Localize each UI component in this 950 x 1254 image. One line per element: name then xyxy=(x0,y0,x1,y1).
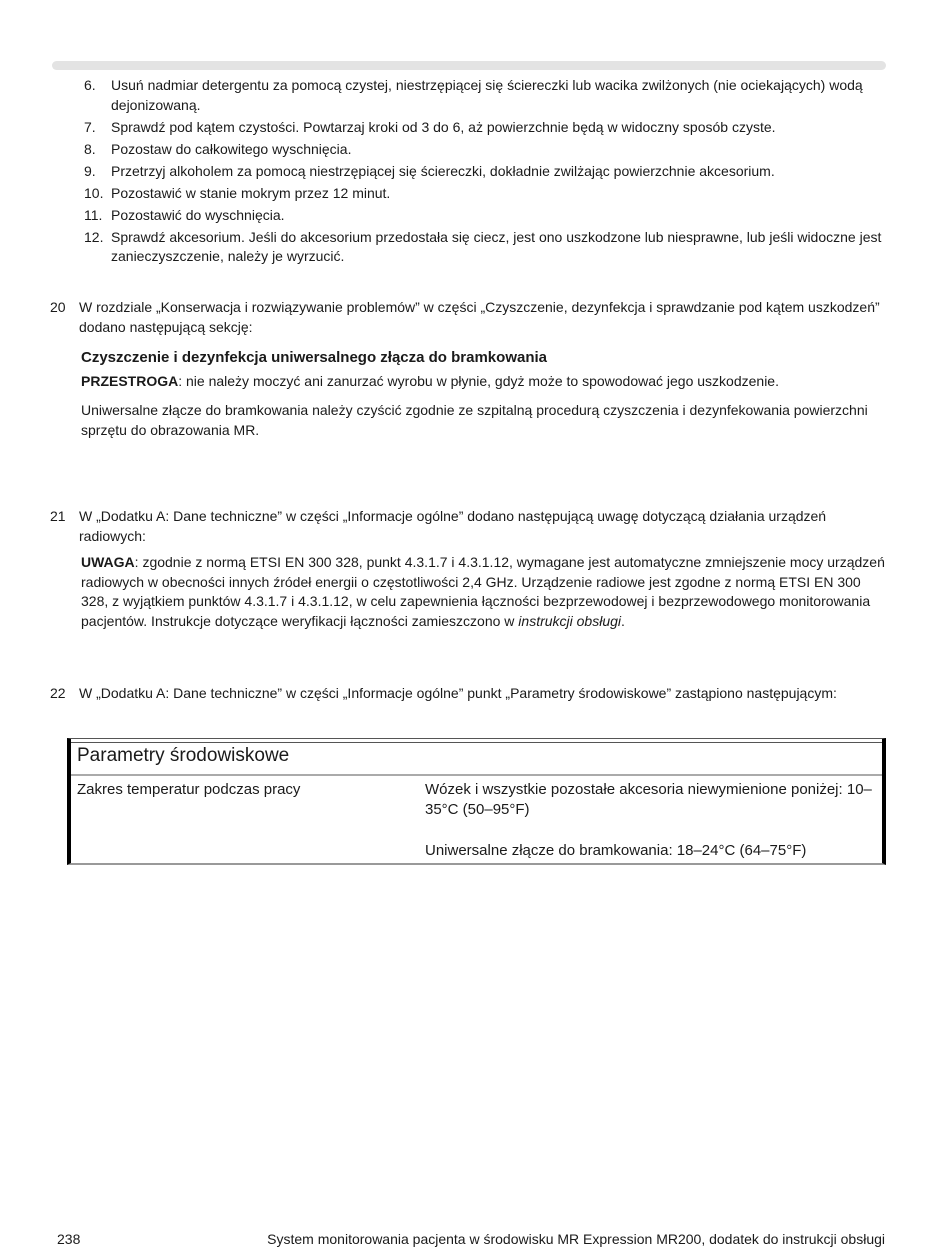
document-title: System monitorowania pacjenta w środowis… xyxy=(267,1230,885,1248)
step-number: 10. xyxy=(84,184,111,204)
section-number: 21 xyxy=(50,507,79,546)
value-line: Wózek i wszystkie pozostałe akcesoria ni… xyxy=(425,780,875,820)
list-item: 10.Pozostawić w stanie mokrym przez 12 m… xyxy=(84,184,889,204)
section-number: 20 xyxy=(50,298,79,337)
value-line: Uniwersalne złącze do bramkowania: 18–24… xyxy=(425,841,875,861)
table-divider xyxy=(71,774,882,776)
page-number: 238 xyxy=(57,1230,80,1248)
table-row-label: Zakres temperatur podczas pracy xyxy=(77,780,300,800)
step-text: Pozostaw do całkowitego wyschnięcia. xyxy=(111,140,889,160)
note-text: : zgodnie z normą ETSI EN 300 328, punkt… xyxy=(81,554,885,629)
list-item: 7.Sprawdź pod kątem czystości. Powtarzaj… xyxy=(84,118,889,138)
note-label: UWAGA xyxy=(81,554,135,570)
step-number: 6. xyxy=(84,76,111,96)
note-paragraph: UWAGA: zgodnie z normą ETSI EN 300 328, … xyxy=(81,553,890,631)
step-number: 11. xyxy=(84,206,111,226)
section-20: 20 W rozdziale „Konserwacja i rozwiązywa… xyxy=(50,298,890,450)
section-22: 22 W „Dodatku A: Dane techniczne” w częś… xyxy=(50,684,890,704)
section-intro: W „Dodatku A: Dane techniczne” w części … xyxy=(79,684,890,704)
note-italic-reference: instrukcji obsługi xyxy=(518,613,621,629)
section-intro: W „Dodatku A: Dane techniczne” w części … xyxy=(79,507,890,546)
step-number: 12. xyxy=(84,228,111,248)
step-text: Usuń nadmiar detergentu za pomocą czyste… xyxy=(111,76,889,115)
section-21: 21 W „Dodatku A: Dane techniczne” w częś… xyxy=(50,507,890,641)
cleaning-steps-list: 6.Usuń nadmiar detergentu za pomocą czys… xyxy=(84,76,889,269)
page-footer: 238 System monitorowania pacjenta w środ… xyxy=(57,1230,885,1248)
caution-label: PRZESTROGA xyxy=(81,373,178,389)
step-number: 7. xyxy=(84,118,111,138)
list-item: 6.Usuń nadmiar detergentu za pomocą czys… xyxy=(84,76,889,115)
step-text: Przetrzyj alkoholem za pomocą niestrzępi… xyxy=(111,162,889,182)
caution-note: PRZESTROGA: nie należy moczyć ani zanurz… xyxy=(81,372,890,392)
step-text: Sprawdź akcesorium. Jeśli do akcesorium … xyxy=(111,228,889,267)
body-paragraph: Uniwersalne złącze do bramkowania należy… xyxy=(81,401,890,440)
list-item: 12.Sprawdź akcesorium. Jeśli do akcesori… xyxy=(84,228,889,267)
header-bar xyxy=(52,61,886,70)
list-item: 9.Przetrzyj alkoholem za pomocą niestrzę… xyxy=(84,162,889,182)
caution-text: : nie należy moczyć ani zanurzać wyrobu … xyxy=(178,373,779,389)
subsection-title: Czyszczenie i dezynfekcja uniwersalnego … xyxy=(81,348,890,368)
step-text: Pozostawić do wyschnięcia. xyxy=(111,206,889,226)
note-end: . xyxy=(621,613,625,629)
step-text: Pozostawić w stanie mokrym przez 12 minu… xyxy=(111,184,889,204)
table-row-value: Wózek i wszystkie pozostałe akcesoria ni… xyxy=(425,780,875,882)
table-title: Parametry środowiskowe xyxy=(77,745,289,767)
table-top-rule xyxy=(71,742,882,743)
section-intro: W rozdziale „Konserwacja i rozwiązywanie… xyxy=(79,298,890,337)
step-text: Sprawdź pod kątem czystości. Powtarzaj k… xyxy=(111,118,889,138)
section-number: 22 xyxy=(50,684,79,704)
step-number: 8. xyxy=(84,140,111,160)
step-number: 9. xyxy=(84,162,111,182)
list-item: 8.Pozostaw do całkowitego wyschnięcia. xyxy=(84,140,889,160)
environmental-parameters-table: Parametry środowiskowe Zakres temperatur… xyxy=(67,738,886,865)
list-item: 11.Pozostawić do wyschnięcia. xyxy=(84,206,889,226)
